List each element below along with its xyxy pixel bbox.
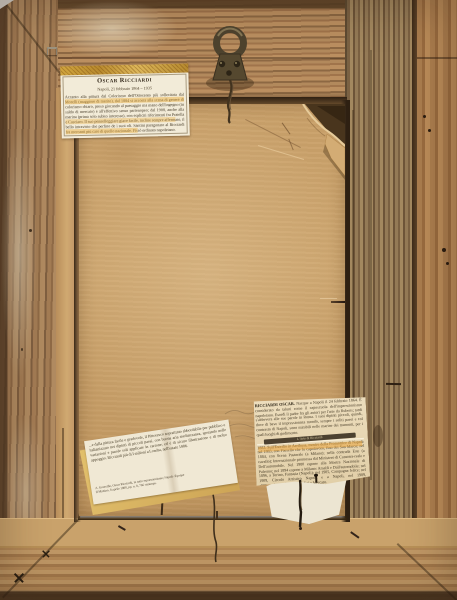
paper-residue-patch [46, 0, 178, 58]
staple [47, 47, 57, 55]
loose-nail-wire [294, 478, 308, 530]
hanging-string [208, 492, 224, 564]
nail [442, 248, 446, 252]
frame-right-rail [345, 0, 457, 600]
torn-corner [287, 104, 345, 182]
nail [386, 383, 401, 385]
label-right-clipping: RICCIARDI OSCAR. Nacque a Napoli il 24 f… [252, 395, 371, 489]
nail [29, 229, 32, 232]
label-paragraph: RICCIARDI OSCAR. Nacque a Napoli il 24 f… [255, 397, 364, 438]
x-scratch-mark [13, 572, 25, 584]
label-paper: Oscar Ricciardi Napoli, 21 febbraio 1864… [60, 73, 189, 139]
nail [21, 348, 23, 351]
wood-seam [417, 57, 457, 59]
nail [331, 301, 345, 303]
paper-residue-patch [1, 128, 37, 378]
nail [423, 115, 426, 118]
wood-knot [373, 425, 383, 447]
scratch [320, 298, 337, 299]
x-scratch-mark [42, 550, 51, 559]
framed-painting-verso-photo: Oscar Ricciardi Napoli, 21 febbraio 1864… [0, 0, 457, 600]
nail [428, 129, 431, 132]
frame-left-rail [0, 0, 58, 600]
frame-bottom-rail [0, 518, 457, 600]
hanging-ring-hardware [202, 26, 258, 126]
wood-grain-streak [352, 110, 354, 430]
label-top-left: Oscar Ricciardi Napoli, 21 febbraio 1864… [60, 64, 190, 139]
nail [216, 511, 218, 519]
frame-outer-edge [417, 0, 457, 600]
stretcher-bar [345, 0, 412, 600]
nail [446, 262, 449, 265]
wood-grain-streak [370, 50, 372, 480]
wood-crack [62, 428, 64, 524]
